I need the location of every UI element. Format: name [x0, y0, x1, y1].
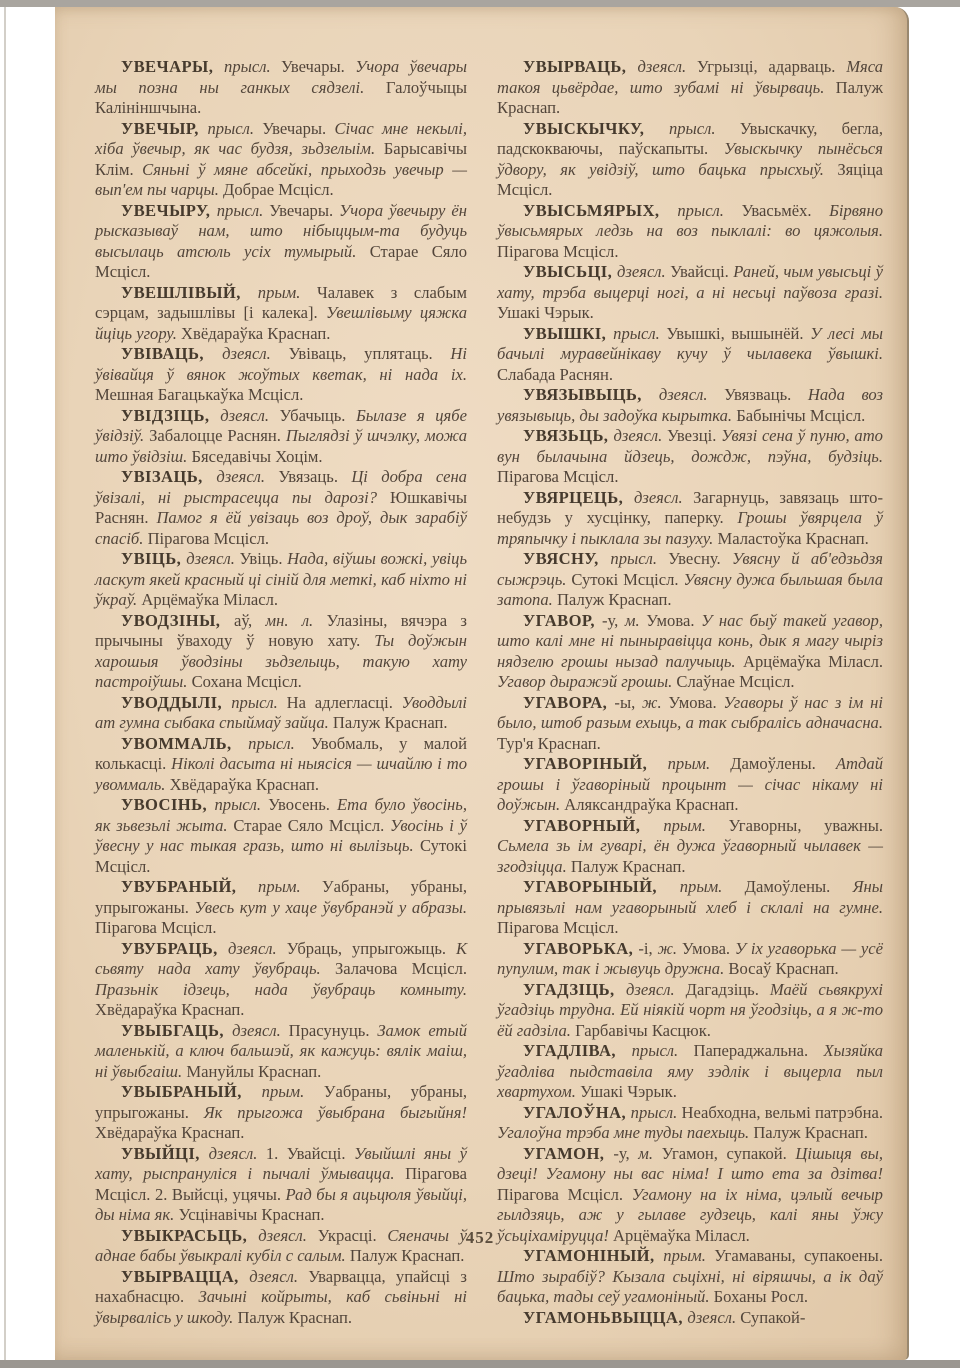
italic-text: прым. [668, 754, 731, 773]
body-text: Пірагова Мсцісл. [497, 467, 618, 486]
body-text: Увязваць. [724, 385, 808, 404]
body-text: Сутокі Мсцісл. [571, 570, 683, 589]
headword: УГАВОР, [523, 611, 602, 630]
body-text: Ушакі Чэрык. [580, 1082, 677, 1101]
dictionary-page: УВЕЧАРЫ, прысл. Увечары. Учора ўвечары м… [55, 7, 909, 1360]
body-text: Увайсці. [670, 262, 733, 281]
dictionary-entry: УВЯСНУ, прысл. Увесну. Увясну й аб'едзьд… [497, 549, 883, 611]
italic-text: дзеясл. [209, 1144, 266, 1163]
headword: УВІЦЬ, [121, 549, 186, 568]
headword: УВЯРЦЕЦЬ, [523, 488, 634, 507]
italic-text: мн. л. [266, 611, 327, 630]
body-text: Увасьмёх. [741, 201, 829, 220]
body-text: Сохана Мсцісл. [192, 672, 302, 691]
headword: УВЕЧЫРУ, [121, 201, 217, 220]
body-text: Увіць. [240, 549, 288, 568]
page-number: 452 [450, 1228, 510, 1248]
body-text: Слабада Раснян. [497, 365, 613, 384]
body-text: -у, [602, 611, 625, 630]
body-text: Увязаць. [278, 467, 351, 486]
dictionary-entry: УГАВОРЫНЫЙ, прым. Дамоўлены. Яны прывязь… [497, 877, 883, 939]
dictionary-entry: УВОДДЫЛІ, прысл. На адлегласці. Уводдылі… [95, 693, 467, 734]
italic-text: дзеясл. [232, 1021, 289, 1040]
dictionary-entry: УГАДЛІВА, прысл. Папераджальна. Хызяйка … [497, 1041, 883, 1103]
italic-text: прым. [680, 877, 745, 896]
body-text: Мануйлы Краснап. [186, 1062, 321, 1081]
dictionary-entry: УВЕЧЫР, прысл. Увечары. Січас мне некылі… [95, 119, 467, 201]
italic-text: прысл. [248, 734, 311, 753]
dictionary-entry: УВЫСЬМЯРЫХ, прысл. Увасьмёх. Бірвяно ўвы… [497, 201, 883, 263]
body-text: Угаворны, уважны. [729, 816, 884, 835]
italic-text: прысл. [613, 324, 666, 343]
dictionary-entry: УВУБРАНЫЙ, прым. Уабраны, убраны, упрыго… [95, 877, 467, 939]
headword: УВОММАЛЬ, [121, 734, 248, 753]
body-text: Пірагова Мсцісл. [95, 918, 216, 937]
italic-text: дзеясл. [249, 1267, 308, 1286]
body-text: Хвёдараўка Краснап. [95, 1000, 244, 1019]
italic-text: ж. [642, 693, 668, 712]
italic-text: Сьмела зь ім гуварі, ён дужа ўгаворный ч… [497, 836, 883, 876]
italic-text: Угавор дыражэй грошы. [497, 672, 676, 691]
headword: УВЫСЬЦІ, [523, 262, 617, 281]
headword: УВОДЗІНЫ, [121, 611, 234, 630]
body-text: Увесну. [668, 549, 732, 568]
body-text: Пірагова Мсцісл. [148, 529, 269, 548]
italic-text: прысл. [217, 201, 270, 220]
italic-text: прым. [663, 816, 728, 835]
body-text: Увечары. [281, 57, 355, 76]
body-text: Аляксандраўка Краснап. [564, 795, 738, 814]
italic-text: прым. [258, 283, 317, 302]
headword: УГАЛОЎНА, [523, 1103, 631, 1122]
body-text: Умова. [682, 939, 735, 958]
body-text: Увосень. [268, 795, 337, 814]
body-text: Увечары. [269, 201, 339, 220]
italic-text: прысл. [610, 549, 668, 568]
headword: УВЯЗЫВЫЦЬ, [523, 385, 659, 404]
body-text: -і, [638, 939, 657, 958]
body-text: Бабынічы Мсцісл. [736, 406, 865, 425]
italic-text: дзеясл. [626, 980, 686, 999]
dictionary-entry: УГАМОНЬВЫЦЦА, дзеясл. Супакой- [497, 1308, 883, 1329]
dictionary-entry: УГАВОРЬКА, -і, ж. Умова. У іх угаворька … [497, 939, 883, 980]
italic-text: прысл. [632, 1041, 694, 1060]
dictionary-entry: УВЕШЛІВЫЙ, прым. Чалавек з слабым сэрцам… [95, 283, 467, 345]
italic-text: Як прыгожа ўвыбрана быгыйня! [204, 1103, 467, 1122]
body-text: Залачова Мсцісл. [335, 959, 467, 978]
dictionary-entry: УВЯЗЫВЫЦЬ, дзеясл. Увязваць. Нада воз ув… [497, 385, 883, 426]
headword: УГАВОРЫНЫЙ, [523, 877, 680, 896]
body-text: Убраць, упрыгожыць. [287, 939, 456, 958]
italic-text: Угалоўна трэба мне туды паехыць. [497, 1123, 753, 1142]
headword: УГАДЗІЦЬ, [523, 980, 626, 999]
italic-text: прым. [258, 877, 322, 896]
body-text: Арцёмаўка Міласл. [743, 652, 883, 671]
dictionary-entry: УГАВОР, -у, м. Умова. У нас быў такей уг… [497, 611, 883, 693]
headword: УВЕЧЫР, [121, 119, 207, 138]
dictionary-entry: УВОДЗІНЫ, аў, мн. л. Улазіны, вячэра з п… [95, 611, 467, 693]
dictionary-entry: УВОСІНЬ, прысл. Увосень. Ета було ўвосін… [95, 795, 467, 877]
headword: УВЯЗЬЦЬ, [523, 426, 614, 445]
headword: УГАДЛІВА, [523, 1041, 632, 1060]
body-text: 1. Увайсці. [266, 1144, 354, 1163]
headword: УВЫБГАЦЬ, [121, 1021, 232, 1040]
headword: УВЫСЬМЯРЫХ, [523, 201, 677, 220]
dictionary-entry: УГАВОРІНЫЙ, прым. Дамоўлены. Атдай грошы… [497, 754, 883, 816]
dictionary-entry: УВЫСКЫЧКУ, прысл. Увыскачку, бегла, падс… [497, 119, 883, 201]
italic-text: Увесь кут у хаце ўвубранэй у абразы. [195, 898, 467, 917]
italic-text: ж. [657, 939, 681, 958]
body-text: -ы, [614, 693, 642, 712]
dictionary-entry: УГАМОНІНЫЙ, прым. Угамаваны, супакоены. … [497, 1246, 883, 1308]
italic-text: дзеясл. [222, 344, 288, 363]
body-text: Восаў Краснап. [728, 959, 838, 978]
italic-text: дзеясл. [614, 426, 667, 445]
dictionary-entry: УВЕЧЫРУ, прысл. Увечары. Учора ўвечыру ё… [95, 201, 467, 283]
body-text: Мешная Багацькаўка Мсцісл. [95, 385, 303, 404]
dictionary-entry: УВУБРАЦЬ, дзеясл. Убраць, упрыгожыць. К … [95, 939, 467, 1021]
headword: УГАВОРЬКА, [523, 939, 638, 958]
dictionary-entry: УВІЦЬ, дзеясл. Увіць. Нада, віўшы вожкі,… [95, 549, 467, 611]
italic-text: прым. [262, 1082, 324, 1101]
italic-text: прысл. [677, 201, 741, 220]
headword: УВЫРВАЦЬ, [523, 57, 637, 76]
italic-text: прысл. [207, 119, 262, 138]
body-text: Неабходна, вельмі патрэбна. [681, 1103, 883, 1122]
body-text: Арцёмаўка Міласл. [613, 1226, 750, 1245]
body-text: Умова. [646, 611, 701, 630]
headword: УВЫРВАЦЦА, [121, 1267, 249, 1286]
body-text: Старае Сяло Мсцісл. [233, 816, 390, 835]
headword: УГАМОНЬВЫЦЦА, [523, 1308, 687, 1327]
body-text: Палуж Краснап. [571, 857, 686, 876]
body-text: Забалоцце Раснян. [149, 426, 286, 445]
scan-margin-line [4, 7, 6, 1360]
body-text: Украсці. [318, 1226, 388, 1245]
scan-top-edge [0, 0, 960, 7]
italic-text: дзеясл. [687, 1308, 740, 1327]
headword: УВІДЗІЦЬ, [121, 406, 220, 425]
column-right: УВЫРВАЦЬ, дзеясл. Угрызці, адарваць. Мяс… [497, 57, 883, 1328]
headword: УГАМОН, [523, 1144, 613, 1163]
italic-text: прысл. [231, 693, 286, 712]
body-text: аў, [234, 611, 265, 630]
headword: УВОДДЫЛІ, [121, 693, 231, 712]
italic-text: прысл. [224, 57, 281, 76]
dictionary-entry: УВЫБРАНЫЙ, прым. Уабраны, убраны, упрыго… [95, 1082, 467, 1144]
body-text: Слаўнае Мсцісл. [676, 672, 794, 691]
column-left: УВЕЧАРЫ, прысл. Увечары. Учора ўвечары м… [95, 57, 467, 1328]
headword: УГАВОРІНЫЙ, [523, 754, 668, 773]
dictionary-entry: УВЫСЬЦІ, дзеясл. Увайсці. Раней, чым увы… [497, 262, 883, 324]
italic-text: дзеясл. [186, 549, 239, 568]
dictionary-entry: УВЫБГАЦЬ, дзеясл. Прасунуць. Замок етый … [95, 1021, 467, 1083]
body-text: Хвёдараўка Краснап. [95, 1123, 244, 1142]
body-text: Угамаваны, супакоены. [714, 1246, 883, 1265]
italic-text: дзеясл. [617, 262, 670, 281]
headword: УГАМОНІНЫЙ, [523, 1246, 663, 1265]
dictionary-entry: УГАМОН, -у, м. Угамон, супакой. Цішыця в… [497, 1144, 883, 1247]
headword: УВУБРАЦЬ, [121, 939, 228, 958]
body-text: Палуж Краснап. [333, 713, 448, 732]
italic-text: Празьнік ідзець, нада ўвубраць комныту. [95, 980, 467, 999]
dictionary-entry: УВЫЙЦІ, дзеясл. 1. Увайсці. Увыйшлі яны … [95, 1144, 467, 1226]
italic-text: прысл. [214, 795, 268, 814]
body-text: Дагадзіць. [686, 980, 770, 999]
body-text: Супакой- [740, 1308, 805, 1327]
body-text: Пірагова Мсцісл. [497, 918, 618, 937]
dictionary-entry: УВЫКРАСЬЦЬ, дзеясл. Украсці. Сяеначы ў а… [95, 1226, 467, 1267]
body-text: Пірагова Мсцісл. [497, 242, 618, 261]
italic-text: прысл. [631, 1103, 682, 1122]
italic-text: дзеясл. [659, 385, 724, 404]
headword: УВІЗАЦЬ, [121, 467, 216, 486]
body-text: Дамоўлены. [730, 754, 836, 773]
dictionary-entry: УВЫШКІ, прысл. Увышкі, вышынёй. У лесі м… [497, 324, 883, 386]
body-text: Палуж Краснап. [237, 1308, 352, 1327]
italic-text: дзеясл. [220, 406, 279, 425]
body-text: Увіваць, уплятаць. [289, 344, 451, 363]
italic-text: дзеясл. [228, 939, 287, 958]
body-text: Прасунуць. [289, 1021, 378, 1040]
body-text: Умова. [668, 693, 723, 712]
italic-text: Што зырабіў? Кызала сьціхні, ні віряшчы,… [497, 1267, 883, 1307]
body-text: Угамон, супакой. [662, 1144, 796, 1163]
body-text: Тур'я Краснап. [497, 734, 601, 753]
body-text: Добрае Мсцісл. [223, 180, 334, 199]
italic-text: прым. [663, 1246, 714, 1265]
headword: УВЕШЛІВЫЙ, [121, 283, 258, 302]
dictionary-entry: УГАЛОЎНА, прысл. Неабходна, вельмі патрэ… [497, 1103, 883, 1144]
body-text: Убачыць. [279, 406, 355, 425]
dictionary-entry: УВІВАЦЬ, дзеясл. Увіваць, уплятаць. Ні ў… [95, 344, 467, 406]
dictionary-entry: УВЕЧАРЫ, прысл. Увечары. Учора ўвечары м… [95, 57, 467, 119]
dictionary-entry: УВЯРЦЕЦЬ, дзеясл. Загарнуць, завязаць шт… [497, 488, 883, 550]
headword: УГАВОРА, [523, 693, 614, 712]
dictionary-entry: УГАДЗІЦЬ, дзеясл. Дагадзіць. Маёй сьвякр… [497, 980, 883, 1042]
body-text: Увезці. [667, 426, 721, 445]
dictionary-entry: УГАВОРА, -ы, ж. Умова. Угаворы ў нас з і… [497, 693, 883, 755]
body-text: -у, [613, 1144, 638, 1163]
italic-text: дзеясл. [258, 1226, 317, 1245]
italic-text: прысл. [669, 119, 740, 138]
body-text: Усцінавічы Краснап. [178, 1205, 324, 1224]
headword: УВЫКРАСЬЦЬ, [121, 1226, 258, 1245]
headword: УВОСІНЬ, [121, 795, 214, 814]
italic-text: дзеясл. [637, 57, 696, 76]
headword: УВЫСКЫЧКУ, [523, 119, 669, 138]
dictionary-entry: УВЫРВАЦЬ, дзеясл. Угрызці, адарваць. Мяс… [497, 57, 883, 119]
headword: УВУБРАНЫЙ, [121, 877, 258, 896]
body-text: Хвёдараўка Краснап. [181, 324, 330, 343]
body-text: Боханы Росл. [714, 1287, 808, 1306]
body-text: Ушакі Чэрык. [497, 303, 594, 322]
scan-bottom-edge [0, 1360, 960, 1368]
body-text: Арцёмаўка Міласл. [141, 590, 278, 609]
body-text: Гарбавічы Касцюк. [575, 1021, 711, 1040]
italic-text: дзеясл. [216, 467, 278, 486]
body-text: Пірагова Мсцісл. [497, 1185, 632, 1204]
body-text: Увышкі, вышынёй. [666, 324, 810, 343]
body-text: Палуж Краснап. [753, 1123, 868, 1142]
headword: УВЫШКІ, [523, 324, 613, 343]
italic-text: м. [638, 1144, 661, 1163]
dictionary-entry: УГАВОРНЫЙ, прым. Угаворны, уважны. Сьмел… [497, 816, 883, 878]
headword: УВІВАЦЬ, [121, 344, 222, 363]
body-text: Увечары. [262, 119, 334, 138]
headword: УГАВОРНЫЙ, [523, 816, 663, 835]
dictionary-entry: УВОММАЛЬ, прысл. Увобмаль, у малой кольк… [95, 734, 467, 796]
dictionary-entry: УВІДЗІЦЬ, дзеясл. Убачыць. Былазе я цябе… [95, 406, 467, 468]
body-text: Папераджальна. [694, 1041, 824, 1060]
body-text: Дамоўлены. [745, 877, 853, 896]
headword: УВЯСНУ, [523, 549, 610, 568]
body-text: Угрызці, адарваць. [697, 57, 846, 76]
body-text: Маластоўка Краснап. [717, 529, 868, 548]
dictionary-entry: УВІЗАЦЬ, дзеясл. Увязаць. Ці добра сена … [95, 467, 467, 549]
body-text: На адлегласці. [287, 693, 402, 712]
dictionary-entry: УВЫРВАЦЦА, дзеясл. Уварвацца, упайсці з … [95, 1267, 467, 1329]
italic-text: дзеясл. [634, 488, 693, 507]
headword: УВЫЙЦІ, [121, 1144, 209, 1163]
headword: УВЫБРАНЫЙ, [121, 1082, 262, 1101]
body-text: Бяседавічы Хоцім. [191, 447, 322, 466]
headword: УВЕЧАРЫ, [121, 57, 224, 76]
dictionary-entry: УВЯЗЬЦЬ, дзеясл. Увезці. Увязі сена ў пу… [497, 426, 883, 488]
italic-text: м. [625, 611, 646, 630]
body-text: Палуж Краснап. [350, 1246, 465, 1265]
body-text: Палуж Краснап. [557, 590, 672, 609]
body-text: Хвёдараўка Краснап. [170, 775, 319, 794]
